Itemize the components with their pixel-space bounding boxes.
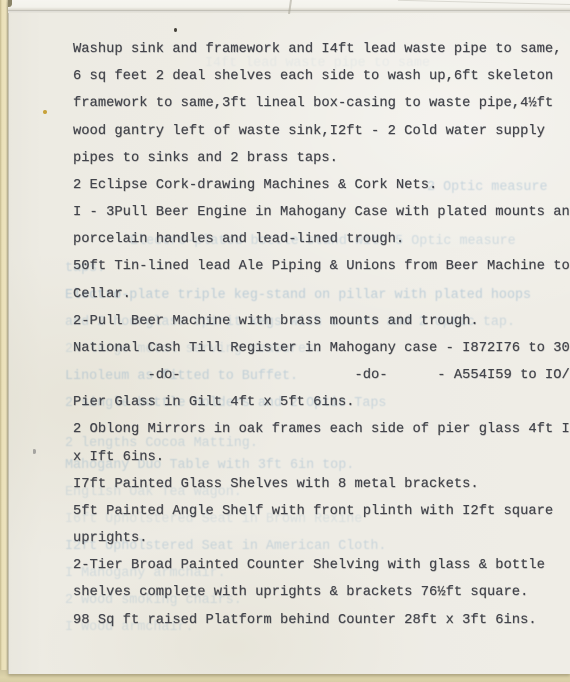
typed-line-12: National Cash Till Register in Mahogany … [73, 335, 570, 362]
typed-line-16: x Ift 6ins. [73, 444, 164, 471]
ink-speck [174, 28, 177, 32]
stray-comma-mark [33, 449, 36, 454]
typed-line-9: 50ft Tin-lined lead Ale Piping & Unions … [73, 253, 570, 280]
typed-line-21: shelves complete with uprights & bracket… [73, 579, 528, 606]
typed-line-4: wood gantry left of waste sink,I2ft - 2 … [73, 118, 545, 145]
typed-line-22: 98 Sq ft raised Platform behind Counter … [73, 607, 537, 634]
typed-line-5: pipes to sinks and 2 brass taps. [73, 145, 338, 172]
typed-line-11: 2-Pull Beer Machine with brass mounts an… [73, 308, 479, 335]
typed-line-8: porcelain handles and lead-lined trough. [73, 226, 404, 253]
typed-line-14: Pier Glass in Gilt 4ft x 5ft 6ins. [73, 389, 355, 416]
typed-text-layer: Washup sink and framework and I4ft lead … [8, 0, 570, 674]
typed-line-6: 2 Eclipse Cork-drawing Machines & Cork N… [73, 172, 437, 199]
typed-line-17: I7ft Painted Glass Shelves with 8 metal … [73, 471, 479, 498]
typewritten-page: I4ft lead waste pipe to same2 Optic meas… [8, 0, 570, 674]
typed-line-20: 2-Tier Broad Painted Counter Shelving wi… [73, 552, 545, 579]
typed-line-19: uprights. [73, 525, 148, 552]
typed-line-10: Cellar. [73, 281, 131, 308]
typed-line-2: 6 sq feet 2 deal shelves each side to wa… [73, 63, 553, 90]
typed-line-15: 2 Oblong Mirrors in oak frames each side… [73, 416, 570, 443]
typed-line-3: framework to same,3ft lineal box-casing … [73, 90, 553, 117]
typed-line-18: 5ft Painted Angle Shelf with front plint… [73, 498, 553, 525]
yellow-dot [43, 110, 47, 114]
typed-line-1: Washup sink and framework and I4ft lead … [73, 36, 562, 63]
typed-line-7: I - 3Pull Beer Engine in Mahogany Case w… [73, 199, 570, 226]
typed-line-13: -do- -do- - A554I59 to IO/- [73, 362, 570, 389]
